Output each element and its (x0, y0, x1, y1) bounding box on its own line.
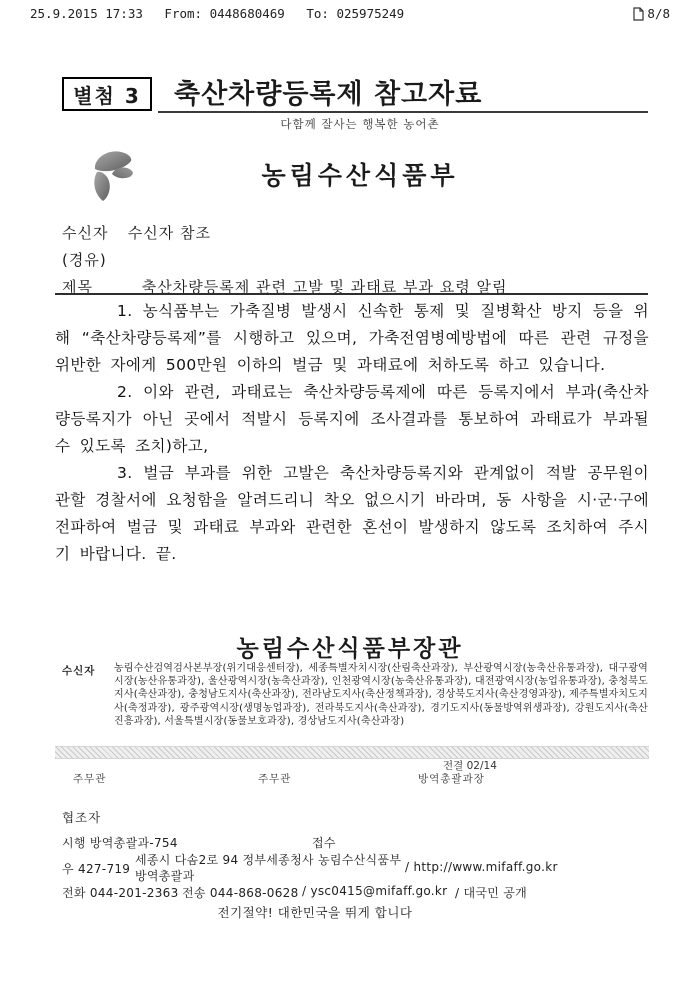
fax-timestamp: 25.9.2015 17:33 (30, 6, 143, 21)
distribution-list: 농림수산검역검사본부장(위기대응센터장), 세종특별자치시장(산림축산과장), … (114, 662, 648, 728)
fax-to: To: 025975249 (306, 6, 404, 21)
official-title-1: 주무관 (73, 771, 106, 786)
ministry-logo-icon (88, 146, 144, 208)
fax-transmission-header: 25.9.2015 17:33 From: 0448680469 To: 025… (30, 6, 670, 24)
postal-code: 우 427-719 (62, 860, 130, 877)
body-paragraph-3: 3. 벌금 부과를 위한 고발은 축산차량등록지와 관계없이 적발 공무원이 관… (55, 460, 649, 568)
subject-divider (55, 293, 648, 295)
disclosure-note: / 대국민 공개 (455, 884, 527, 901)
issue-number: 시행 방역총괄과-754 (62, 834, 178, 851)
email-address: / ysc0415@mifaff.go.kr (302, 884, 447, 898)
page-icon (633, 7, 644, 21)
via-row: (경유) (62, 249, 107, 270)
minister-signature: 농림수산식품부장관 (150, 630, 550, 663)
office-address: 세종시 다솜2로 94 정부세종청사 농림수산식품부 방역총괄과 (135, 852, 403, 884)
recipient-label: 수신자 (62, 222, 122, 243)
cooperator-label: 협조자 (62, 808, 101, 826)
fax-from: From: 0448680469 (164, 6, 284, 21)
fax-document-page: 25.9.2015 17:33 From: 0448680469 To: 025… (0, 0, 700, 989)
distribution-label: 수신자 (62, 663, 95, 678)
fax-number: 전송 044-868-0628 (182, 884, 299, 901)
receipt-label: 접수 (312, 834, 336, 851)
website-url: / http://www.mifaff.go.kr (405, 860, 558, 874)
recipient-row: 수신자 수신자 참조 (62, 222, 211, 243)
fax-header-right: 8/8 (633, 6, 670, 21)
fax-page-indicator: 8/8 (647, 6, 670, 21)
title-underline (158, 111, 648, 113)
body-paragraph-1: 1. 농식품부는 가축질병 발생시 신속한 통제 및 질병확산 방지 등을 위해… (55, 298, 649, 379)
fax-header-left: 25.9.2015 17:33 From: 0448680469 To: 025… (30, 6, 670, 21)
attachment-label-box: 별첨 3 (62, 77, 152, 111)
via-label: (경유) (62, 251, 107, 269)
document-body: 1. 농식품부는 가축질병 발생시 신속한 통제 및 질병확산 방지 등을 위해… (55, 298, 649, 568)
document-title: 축산차량등록제 참고자료 (174, 72, 482, 111)
recipient-value: 수신자 참조 (128, 224, 211, 242)
attachment-label: 별첨 3 (73, 80, 141, 109)
ministry-name: 농림수산식품부 (180, 156, 540, 192)
official-title-2: 주무관 (258, 771, 291, 786)
ministry-slogan: 다함께 잘사는 행복한 농어촌 (240, 116, 480, 132)
hatched-separator (55, 746, 649, 759)
official-title-3: 방역총괄과장 (418, 771, 485, 786)
phone-number: 전화 044-201-2363 (62, 884, 179, 901)
body-paragraph-2: 2. 이와 관련, 과태료는 축산차량등록제에 따른 등록지에서 부과(축산차량… (55, 379, 649, 460)
footer-slogan: 전기절약! 대한민국을 뛰게 합니다 (150, 903, 480, 921)
